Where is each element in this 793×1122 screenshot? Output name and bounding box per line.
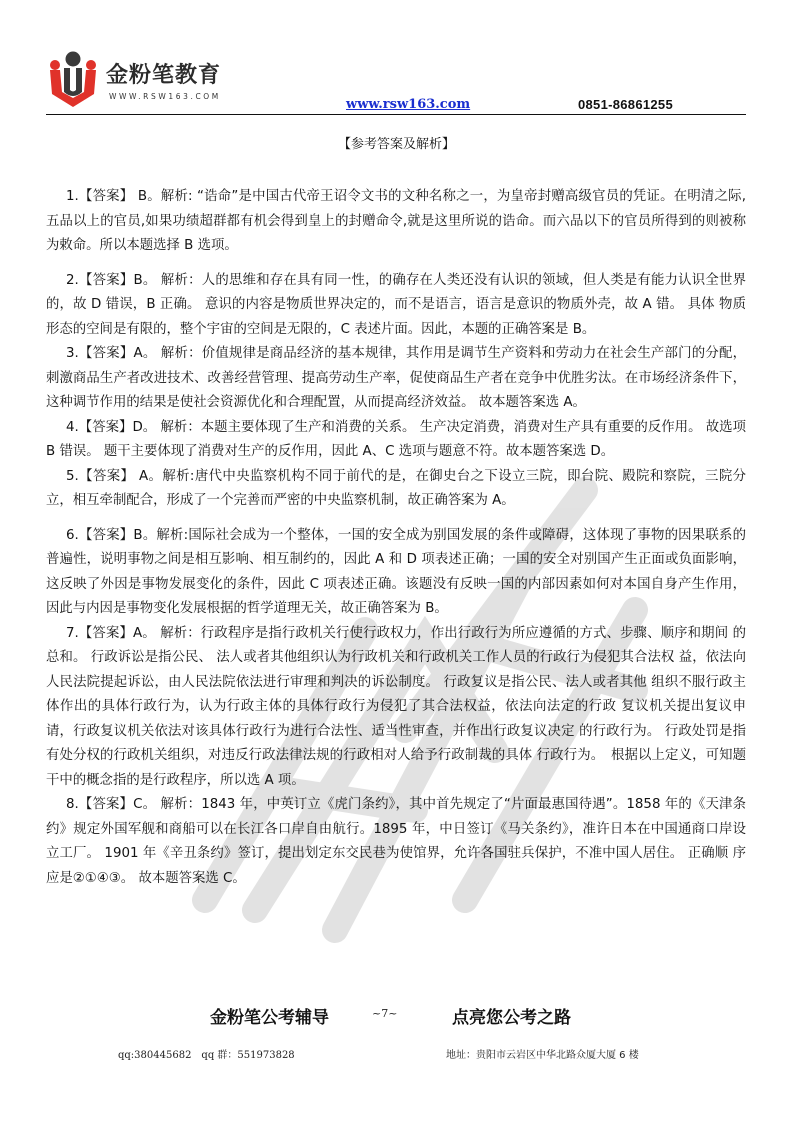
answer-item-5: 5.【答案】 A。解析:唐代中央监察机构不同于前代的是，在御史台之下设立三院，即…: [46, 465, 746, 514]
answer-item-4: 4.【答案】D。 解析：本题主要体现了生产和消费的关系。 生产决定消费，消费对生…: [46, 416, 746, 465]
brand-logo: 金粉笔教育 WWW.RSW163.COM: [48, 50, 248, 110]
footer-slogan: 金粉笔公考辅导 ~7~ 点亮您公考之路: [0, 1003, 793, 1029]
answer-item-3: 3.【答案】A。 解析：价值规律是商品经济的基本规律，其作用是调节生产资料和劳动…: [46, 342, 746, 416]
logo-url: WWW.RSW163.COM: [109, 92, 221, 101]
answer-item-2: 2.【答案】B。 解析：人的思维和存在具有同一性，的确存在人类还没有认识的领域，…: [46, 269, 746, 343]
answer-item-6: 6.【答案】B。解析:国际社会成为一个整体，一国的安全成为别国发展的条件或障碍，…: [46, 524, 746, 622]
document-page: 金粉笔教育 WWW.RSW163.COM www.rsw163.com 0851…: [0, 0, 793, 1122]
answer-item-1: 1.【答案】 B。解析: “诰命”是中国古代帝王诏令文书的文种名称之一，为皇帝封…: [46, 185, 746, 259]
website-link[interactable]: www.rsw163.com: [346, 97, 470, 112]
footer-qq: qq:380445682 qq 群：551973828: [118, 1046, 295, 1061]
logo-name: 金粉笔教育: [106, 58, 221, 89]
header-divider: [46, 114, 746, 115]
footer-slogan-right: 点亮您公考之路: [452, 1003, 571, 1028]
footer-slogan-left: 金粉笔公考辅导: [210, 1003, 329, 1028]
footer-address: 地址：贵阳市云岩区中华北路众厦大厦 6 楼: [446, 1046, 639, 1061]
phone-number: 0851-86861255: [578, 97, 673, 112]
page-title: 【参考答案及解析】: [0, 133, 793, 152]
answers-list: 1.【答案】 B。解析: “诰命”是中国古代帝王诏令文书的文种名称之一，为皇帝封…: [46, 185, 746, 891]
answer-item-7: 7.【答案】A。 解析：行政程序是指行政机关行使行政权力，作出行政行为所应遵循的…: [46, 622, 746, 794]
logo-mark-icon: [48, 50, 98, 108]
page-number: ~7~: [372, 1007, 397, 1020]
answer-item-8: 8.【答案】C。 解析：1843 年，中英订立《虎门条约》，其中首先规定了“片面…: [46, 793, 746, 891]
